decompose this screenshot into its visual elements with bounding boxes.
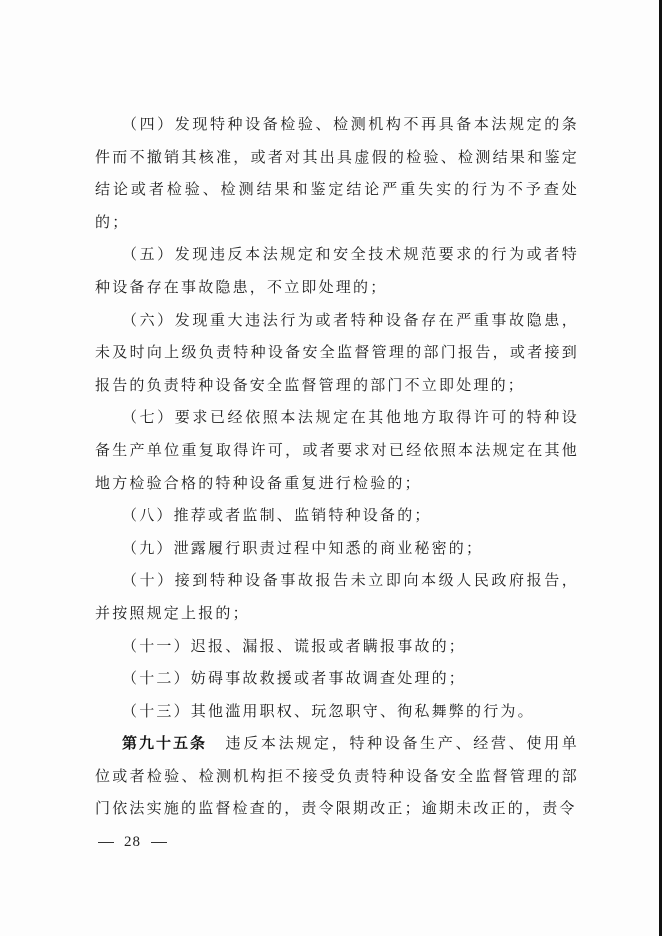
clause-item-9: （九）泄露履行职责过程中知悉的商业秘密的； [95, 532, 579, 565]
clause-item-10: （十）接到特种设备事故报告未立即向本级人民政府报告，并按照规定上报的； [95, 564, 579, 629]
clause-item-8: （八）推荐或者监制、监销特种设备的； [95, 499, 579, 532]
clause-item-13: （十三）其他滥用职权、玩忽职守、徇私舞弊的行为。 [95, 695, 579, 728]
page-number-dash-left [98, 842, 114, 843]
page-number-dash-right [151, 842, 167, 843]
page-number: 28 [98, 830, 167, 854]
clause-item-11: （十一）迟报、漏报、谎报或者瞒报事故的； [95, 630, 579, 663]
document-body: （四）发现特种设备检验、检测机构不再具备本法规定的条件而不撤销其核准，或者对其出… [95, 108, 579, 825]
clause-item-4: （四）发现特种设备检验、检测机构不再具备本法规定的条件而不撤销其核准，或者对其出… [95, 108, 579, 238]
clause-item-5: （五）发现违反本法规定和安全技术规范要求的行为或者特种设备存在事故隐患，不立即处… [95, 238, 579, 303]
page-number-value: 28 [124, 830, 141, 854]
article-95: 第九十五条违反本法规定，特种设备生产、经营、使用单位或者检验、检测机构拒不接受负… [95, 727, 579, 825]
article-heading: 第九十五条 [122, 734, 207, 752]
clause-item-7: （七）要求已经依照本法规定在其他地方取得许可的特种设备生产单位重复取得许可，或者… [95, 401, 579, 499]
clause-item-12: （十二）妨碍事故救援或者事故调查处理的； [95, 662, 579, 695]
clause-item-6: （六）发现重大违法行为或者特种设备存在严重事故隐患，未及时向上级负责特种设备安全… [95, 304, 579, 402]
